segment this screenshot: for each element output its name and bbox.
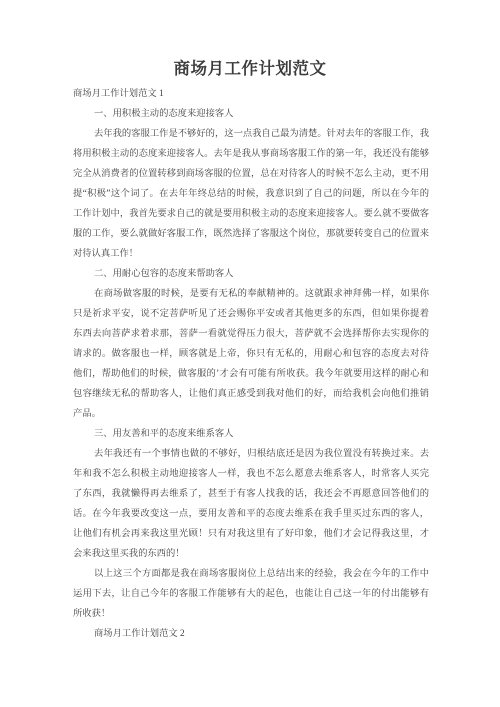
document-body: 商场月工作计划范文 1一、用积极主动的态度来迎接客人去年我的客服工作是不够好的，… bbox=[73, 84, 429, 644]
text-line: 了东西，我就懒得再去维系了，甚至于有客人找我的话，我还会不再愿意回答他们的 bbox=[73, 484, 429, 504]
text-line: 去年我的客服工作是不够好的，这一点我自己最为清楚。针对去年的客服工作，我 bbox=[73, 124, 429, 144]
text-line: 对待认真工作！ bbox=[73, 244, 429, 264]
text-line: 所收获！ bbox=[73, 604, 429, 624]
text-line: 请求的。做客服也一样，顾客就是上帝，你只有无私的，用耐心和包容的态度去对待 bbox=[73, 344, 429, 364]
text-line: 在商场做客服的时候，是要有无私的奉献精神的。这就跟求神拜佛一样，如果你 bbox=[73, 284, 429, 304]
text-line: 服的工作，要么就做好客服工作，既然选择了客服这个岗位，那就要转变自己的位置来 bbox=[73, 224, 429, 244]
text-line: 工作计划中，我首先要求自己的就是要用积极主动的态度来迎接客人。要么就不要做客 bbox=[73, 204, 429, 224]
text-line: 让他们有机会再来我这里光顾！只有对我这里有了好印象，他们才会记得我这里，才 bbox=[73, 524, 429, 544]
text-line: 话。在今年我要改变这一点，要用友善和平的态度去维系在我手里买过东西的客人， bbox=[73, 504, 429, 524]
text-line: 提“积极”这个词了。在去年年终总结的时候，我意识到了自己的问题，所以在今年的 bbox=[73, 184, 429, 204]
text-line: 他们，帮助他们的时候，做客服的’才会有可能有所收获。我今年就要用这样的耐心和 bbox=[73, 364, 429, 384]
page-title: 商场月工作计划范文 bbox=[0, 59, 500, 79]
text-line: 以上这三个方面都是我在商场客服岗位上总结出来的经验，我会在今年的工作中 bbox=[73, 564, 429, 584]
text-line: 去年我还有一个事情也做的不够好，归根结底还是因为我位置没有转换过来。去 bbox=[73, 444, 429, 464]
text-line: 包容继续无私的帮助客人，让他们真正感受到我对他们的好，而给我机会向他们推销 bbox=[73, 384, 429, 404]
text-line: 商场月工作计划范文 1 bbox=[73, 84, 429, 104]
text-line: 完全从消费者的位置转移到商场客服的位置，总在对待客人的时候不怎么主动，更不用 bbox=[73, 164, 429, 184]
text-line: 会来我这里买我的东西的！ bbox=[73, 544, 429, 564]
text-line: 商场月工作计划范文 2 bbox=[73, 624, 429, 644]
document-page: 商场月工作计划范文 商场月工作计划范文 1一、用积极主动的态度来迎接客人去年我的… bbox=[0, 0, 500, 707]
text-line: 年和我不怎么积极主动地迎接客人一样，我也不怎么愿意去维系客人，时常客人买完 bbox=[73, 464, 429, 484]
text-line: 三、用友善和平的态度来维系客人 bbox=[73, 424, 429, 444]
text-line: 一、用积极主动的态度来迎接客人 bbox=[73, 104, 429, 124]
text-line: 将用积极主动的态度来迎接客人。去年是我从事商场客服工作的第一年，我还没有能够 bbox=[73, 144, 429, 164]
text-line: 产品。 bbox=[73, 404, 429, 424]
text-line: 只是祈求平安，说不定菩萨听见了还会赐你平安或者其他更多的东西，但如果你提着 bbox=[73, 304, 429, 324]
text-line: 二、用耐心包容的态度来帮助客人 bbox=[73, 264, 429, 284]
text-line: 东西去向菩萨求着求那，菩萨一看就觉得压力很大，菩萨就不会选择帮你去实现你的 bbox=[73, 324, 429, 344]
text-line: 运用下去，让自己今年的客服工作能够有大的起色，也能让自己这一年的付出能够有 bbox=[73, 584, 429, 604]
